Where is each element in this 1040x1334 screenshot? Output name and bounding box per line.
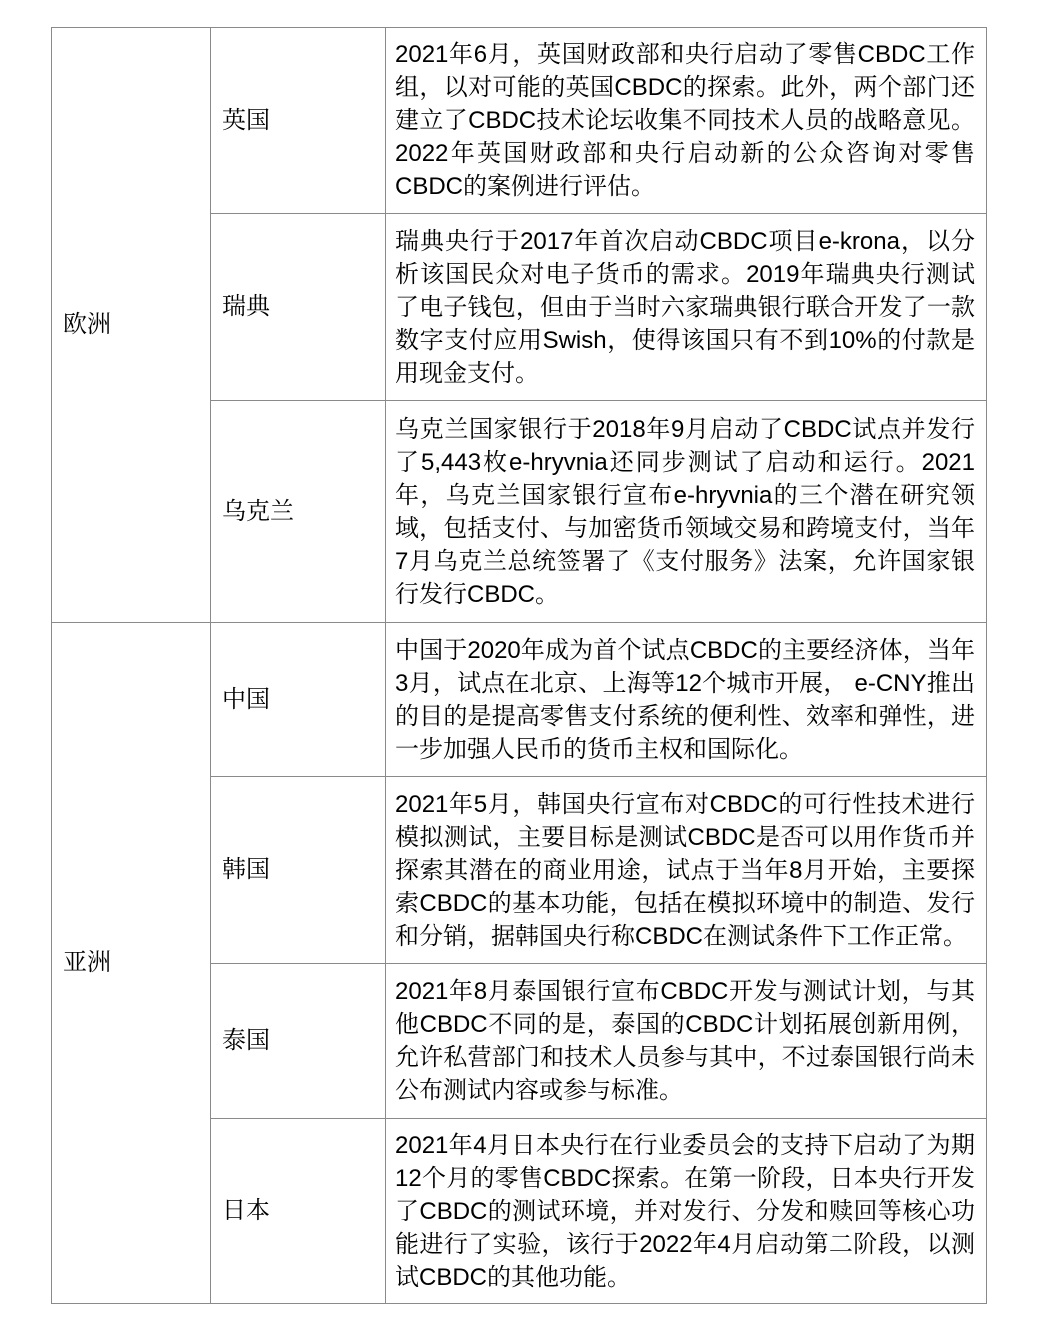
country-cell-japan: 日本 — [211, 1119, 386, 1304]
country-cell-uk: 英国 — [211, 28, 386, 214]
description-cell-south-korea: 2021年5月，韩国央行宣布对CBDC的可行性技术进行模拟测试，主要目标是测试C… — [386, 777, 987, 964]
table-row: 亚洲 中国 中国于2020年成为首个试点CBDC的主要经济体，当年3月，试点在北… — [52, 623, 987, 777]
description-cell-uk: 2021年6月，英国财政部和央行启动了零售CBDC工作组，以对可能的英国CBDC… — [386, 28, 987, 214]
description-cell-thailand: 2021年8月泰国银行宣布CBDC开发与测试计划，与其他CBDC不同的是，泰国的… — [386, 964, 987, 1119]
country-cell-sweden: 瑞典 — [211, 214, 386, 401]
country-cell-china: 中国 — [211, 623, 386, 777]
description-cell-sweden: 瑞典央行于2017年首次启动CBDC项目e-krona，以分析该国民众对电子货币… — [386, 214, 987, 401]
description-cell-china: 中国于2020年成为首个试点CBDC的主要经济体，当年3月，试点在北京、上海等1… — [386, 623, 987, 777]
country-cell-ukraine: 乌克兰 — [211, 401, 386, 623]
description-cell-japan: 2021年4月日本央行在行业委员会的支持下启动了为期12个月的零售CBDC探索。… — [386, 1119, 987, 1304]
description-cell-ukraine: 乌克兰国家银行于2018年9月启动了CBDC试点并发行了5,443枚e-hryv… — [386, 401, 987, 623]
region-cell-europe: 欧洲 — [52, 28, 211, 623]
country-cell-thailand: 泰国 — [211, 964, 386, 1119]
table-row: 欧洲 英国 2021年6月，英国财政部和央行启动了零售CBDC工作组，以对可能的… — [52, 28, 987, 214]
cbdc-region-table: 欧洲 英国 2021年6月，英国财政部和央行启动了零售CBDC工作组，以对可能的… — [51, 27, 987, 1304]
region-cell-asia: 亚洲 — [52, 623, 211, 1304]
document-page: 欧洲 英国 2021年6月，英国财政部和央行启动了零售CBDC工作组，以对可能的… — [51, 27, 986, 1304]
country-cell-south-korea: 韩国 — [211, 777, 386, 964]
